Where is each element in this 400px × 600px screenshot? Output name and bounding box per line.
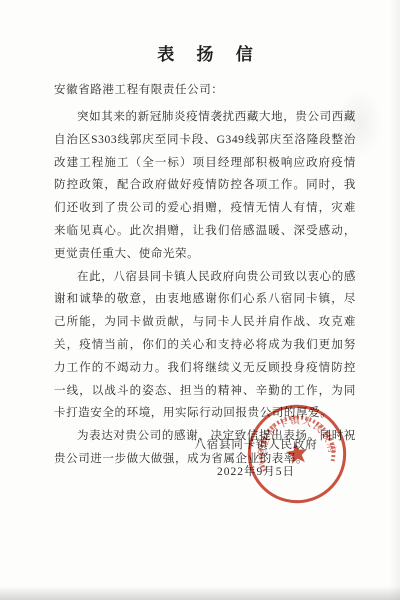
salutation: 安徽省路港工程有限责任公司：: [54, 79, 356, 102]
signature-date: 2022年9月5日: [156, 463, 356, 479]
signature-block: 八宿县同卡镇人民政府 2022年9月5日: [156, 436, 356, 479]
letter-page: 表 扬 信 安徽省路港工程有限责任公司： 突如其来的新冠肺炎疫情袭扰西藏大地，贵…: [0, 0, 400, 600]
signature-org: 八宿县同卡镇人民政府: [156, 436, 356, 452]
letter-title: 表 扬 信: [54, 40, 356, 65]
paragraph-1: 突如其来的新冠肺炎疫情袭扰西藏大地，贵公司西藏自治区S303线郭庆至同卡段、G3…: [54, 106, 356, 266]
paper-edge-shadow-bottom: [0, 586, 400, 600]
paragraph-2: 在此，八宿县同卡镇人民政府向贵公司致以衷心的感谢和诚挚的敬意，由衷地感谢你们心系…: [54, 266, 356, 426]
paper-edge-shadow-right: [390, 0, 400, 600]
